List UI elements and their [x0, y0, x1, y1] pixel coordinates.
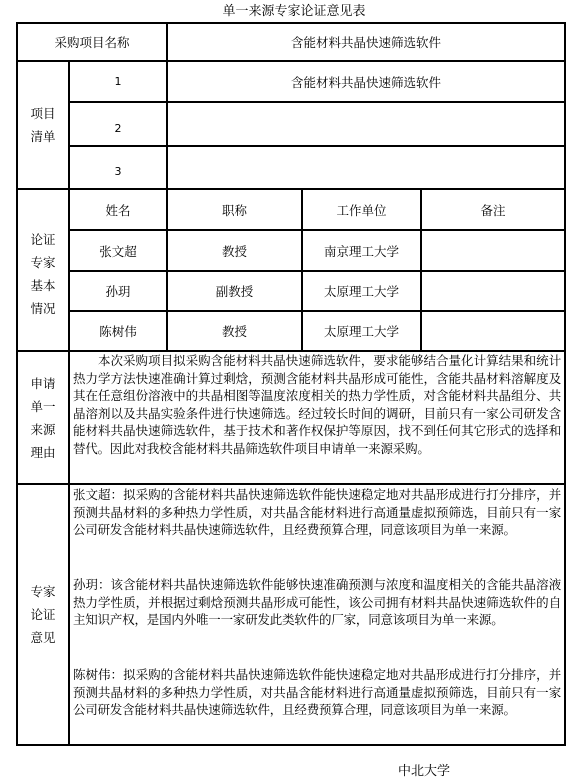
experts-label-line: 基本 — [30, 274, 55, 297]
opinion-item: 张文超：拟采购的含能材料共晶快速筛选软件能快速稳定地对共晶形成进行打分排序，并预… — [73, 486, 561, 539]
expert-title: 教授 — [168, 312, 301, 350]
experts-label-line: 情况 — [30, 297, 55, 320]
expert-note — [422, 272, 564, 310]
experts-header-unit: 工作单位 — [303, 190, 420, 229]
reason-text: 本次采购项目拟采购含能材料共晶快速筛选软件，要求能够结合量化计算结果和统计热力学… — [73, 352, 561, 457]
organization-name: 中北大学 — [398, 760, 450, 779]
item-index: 1 — [70, 62, 166, 101]
project-name-label: 采购项目名称 — [18, 24, 166, 60]
opinion-item: 孙玥：该含能材料共晶快速筛选软件能够快速准确预测与浓度和温度相关的含能共晶溶液热… — [73, 576, 561, 629]
expert-note — [422, 231, 564, 270]
expert-unit: 太原理工大学 — [303, 312, 420, 350]
opinions-label-line: 论证 — [30, 603, 55, 626]
opinions-label-line: 专家 — [30, 580, 55, 603]
expert-name: 孙玥 — [70, 272, 166, 310]
experts-header-name: 姓名 — [70, 190, 166, 229]
table-border-right — [564, 22, 566, 746]
project-name-value: 含能材料共晶快速筛选软件 — [168, 24, 564, 60]
expert-name: 张文超 — [70, 231, 166, 270]
experts-label-line: 专家 — [30, 251, 55, 274]
expert-unit: 南京理工大学 — [303, 231, 420, 270]
reason-label-line: 来源 — [30, 418, 55, 441]
item-value — [168, 103, 564, 145]
expert-name: 陈树伟 — [70, 312, 166, 350]
divider — [16, 483, 566, 485]
expert-title: 教授 — [168, 231, 301, 270]
item-list-label: 项目 清单 — [18, 62, 68, 188]
expert-title: 副教授 — [168, 272, 301, 310]
expert-unit: 太原理工大学 — [303, 272, 420, 310]
experts-label-line: 论证 — [30, 228, 55, 251]
reason-label-line: 申请 — [30, 372, 55, 395]
reason-label-line: 单一 — [30, 395, 55, 418]
form-title: 单一来源专家论证意见表 — [0, 3, 588, 21]
expert-note — [422, 312, 564, 350]
item-index: 3 — [70, 147, 166, 188]
table-border-bottom — [16, 744, 566, 746]
item-list-label-line: 项目 — [30, 102, 55, 125]
item-index: 2 — [70, 103, 166, 145]
opinion-item: 陈树伟：拟采购的含能材料共晶快速筛选软件能快速稳定地对共晶形成进行打分排序，并预… — [73, 666, 561, 719]
item-list-label-line: 清单 — [30, 125, 55, 148]
experts-header-title: 职称 — [168, 190, 301, 229]
item-value — [168, 147, 564, 188]
experts-label: 论证 专家 基本 情况 — [18, 190, 68, 350]
reason-label-line: 理由 — [30, 441, 55, 464]
opinions-label: 专家 论证 意见 — [18, 485, 68, 744]
experts-header-note: 备注 — [422, 190, 564, 229]
reason-label: 申请 单一 来源 理由 — [18, 352, 68, 483]
opinions-label-line: 意见 — [30, 626, 55, 649]
item-value: 含能材料共晶快速筛选软件 — [168, 62, 564, 101]
